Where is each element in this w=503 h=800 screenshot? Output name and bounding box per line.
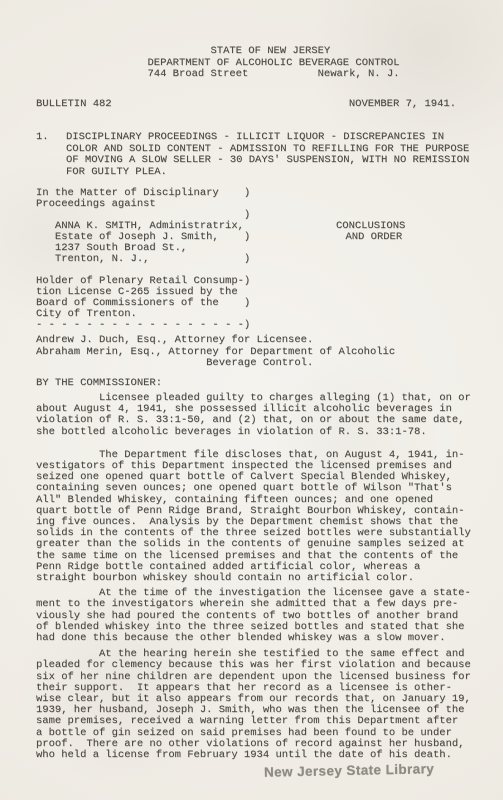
item-number: 1. <box>36 132 66 178</box>
masthead-row: BULLETIN 482 NOVEMBER 7, 1941. <box>36 99 456 111</box>
attorneys-text: Andrew J. Duch, Esq., Attorney for Licen… <box>36 335 471 370</box>
body-paragraph-2: The Department file discloses that, on A… <box>36 450 471 584</box>
bulletin-number: BULLETIN 482 <box>36 99 112 111</box>
case-caption-text: In the Matter of Disciplinary ) Proceedi… <box>36 188 471 331</box>
conclusions-and-order-label: CONCLUSIONS AND ORDER <box>336 221 405 243</box>
case-headnote: 1. DISCIPLINARY PROCEEDINGS - ILLICIT LI… <box>36 132 471 178</box>
case-caption: In the Matter of Disciplinary ) Proceedi… <box>36 188 471 331</box>
commissioner-byline: BY THE COMMISSIONER: <box>36 378 471 390</box>
headnote-text: DISCIPLINARY PROCEEDINGS - ILLICIT LIQUO… <box>66 132 469 178</box>
body-paragraph-3: At the time of the investigation the lic… <box>36 588 471 644</box>
agency-letterhead-text: STATE OF NEW JERSEY DEPARTMENT OF ALCOHO… <box>147 46 399 81</box>
body-paragraph-4: At the hearing herein she testified to t… <box>36 649 471 761</box>
body-paragraph-1: Licensee pleaded guilty to charges alleg… <box>36 393 471 438</box>
agency-letterhead: STATE OF NEW JERSEY DEPARTMENT OF ALCOHO… <box>56 46 491 81</box>
bulletin-date: NOVEMBER 7, 1941. <box>349 99 456 111</box>
bulletin-page: STATE OF NEW JERSEY DEPARTMENT OF ALCOHO… <box>0 0 503 800</box>
library-ownership-stamp: New Jersey State Library <box>264 764 434 779</box>
attorneys-of-record: Andrew J. Duch, Esq., Attorney for Licen… <box>36 335 471 370</box>
